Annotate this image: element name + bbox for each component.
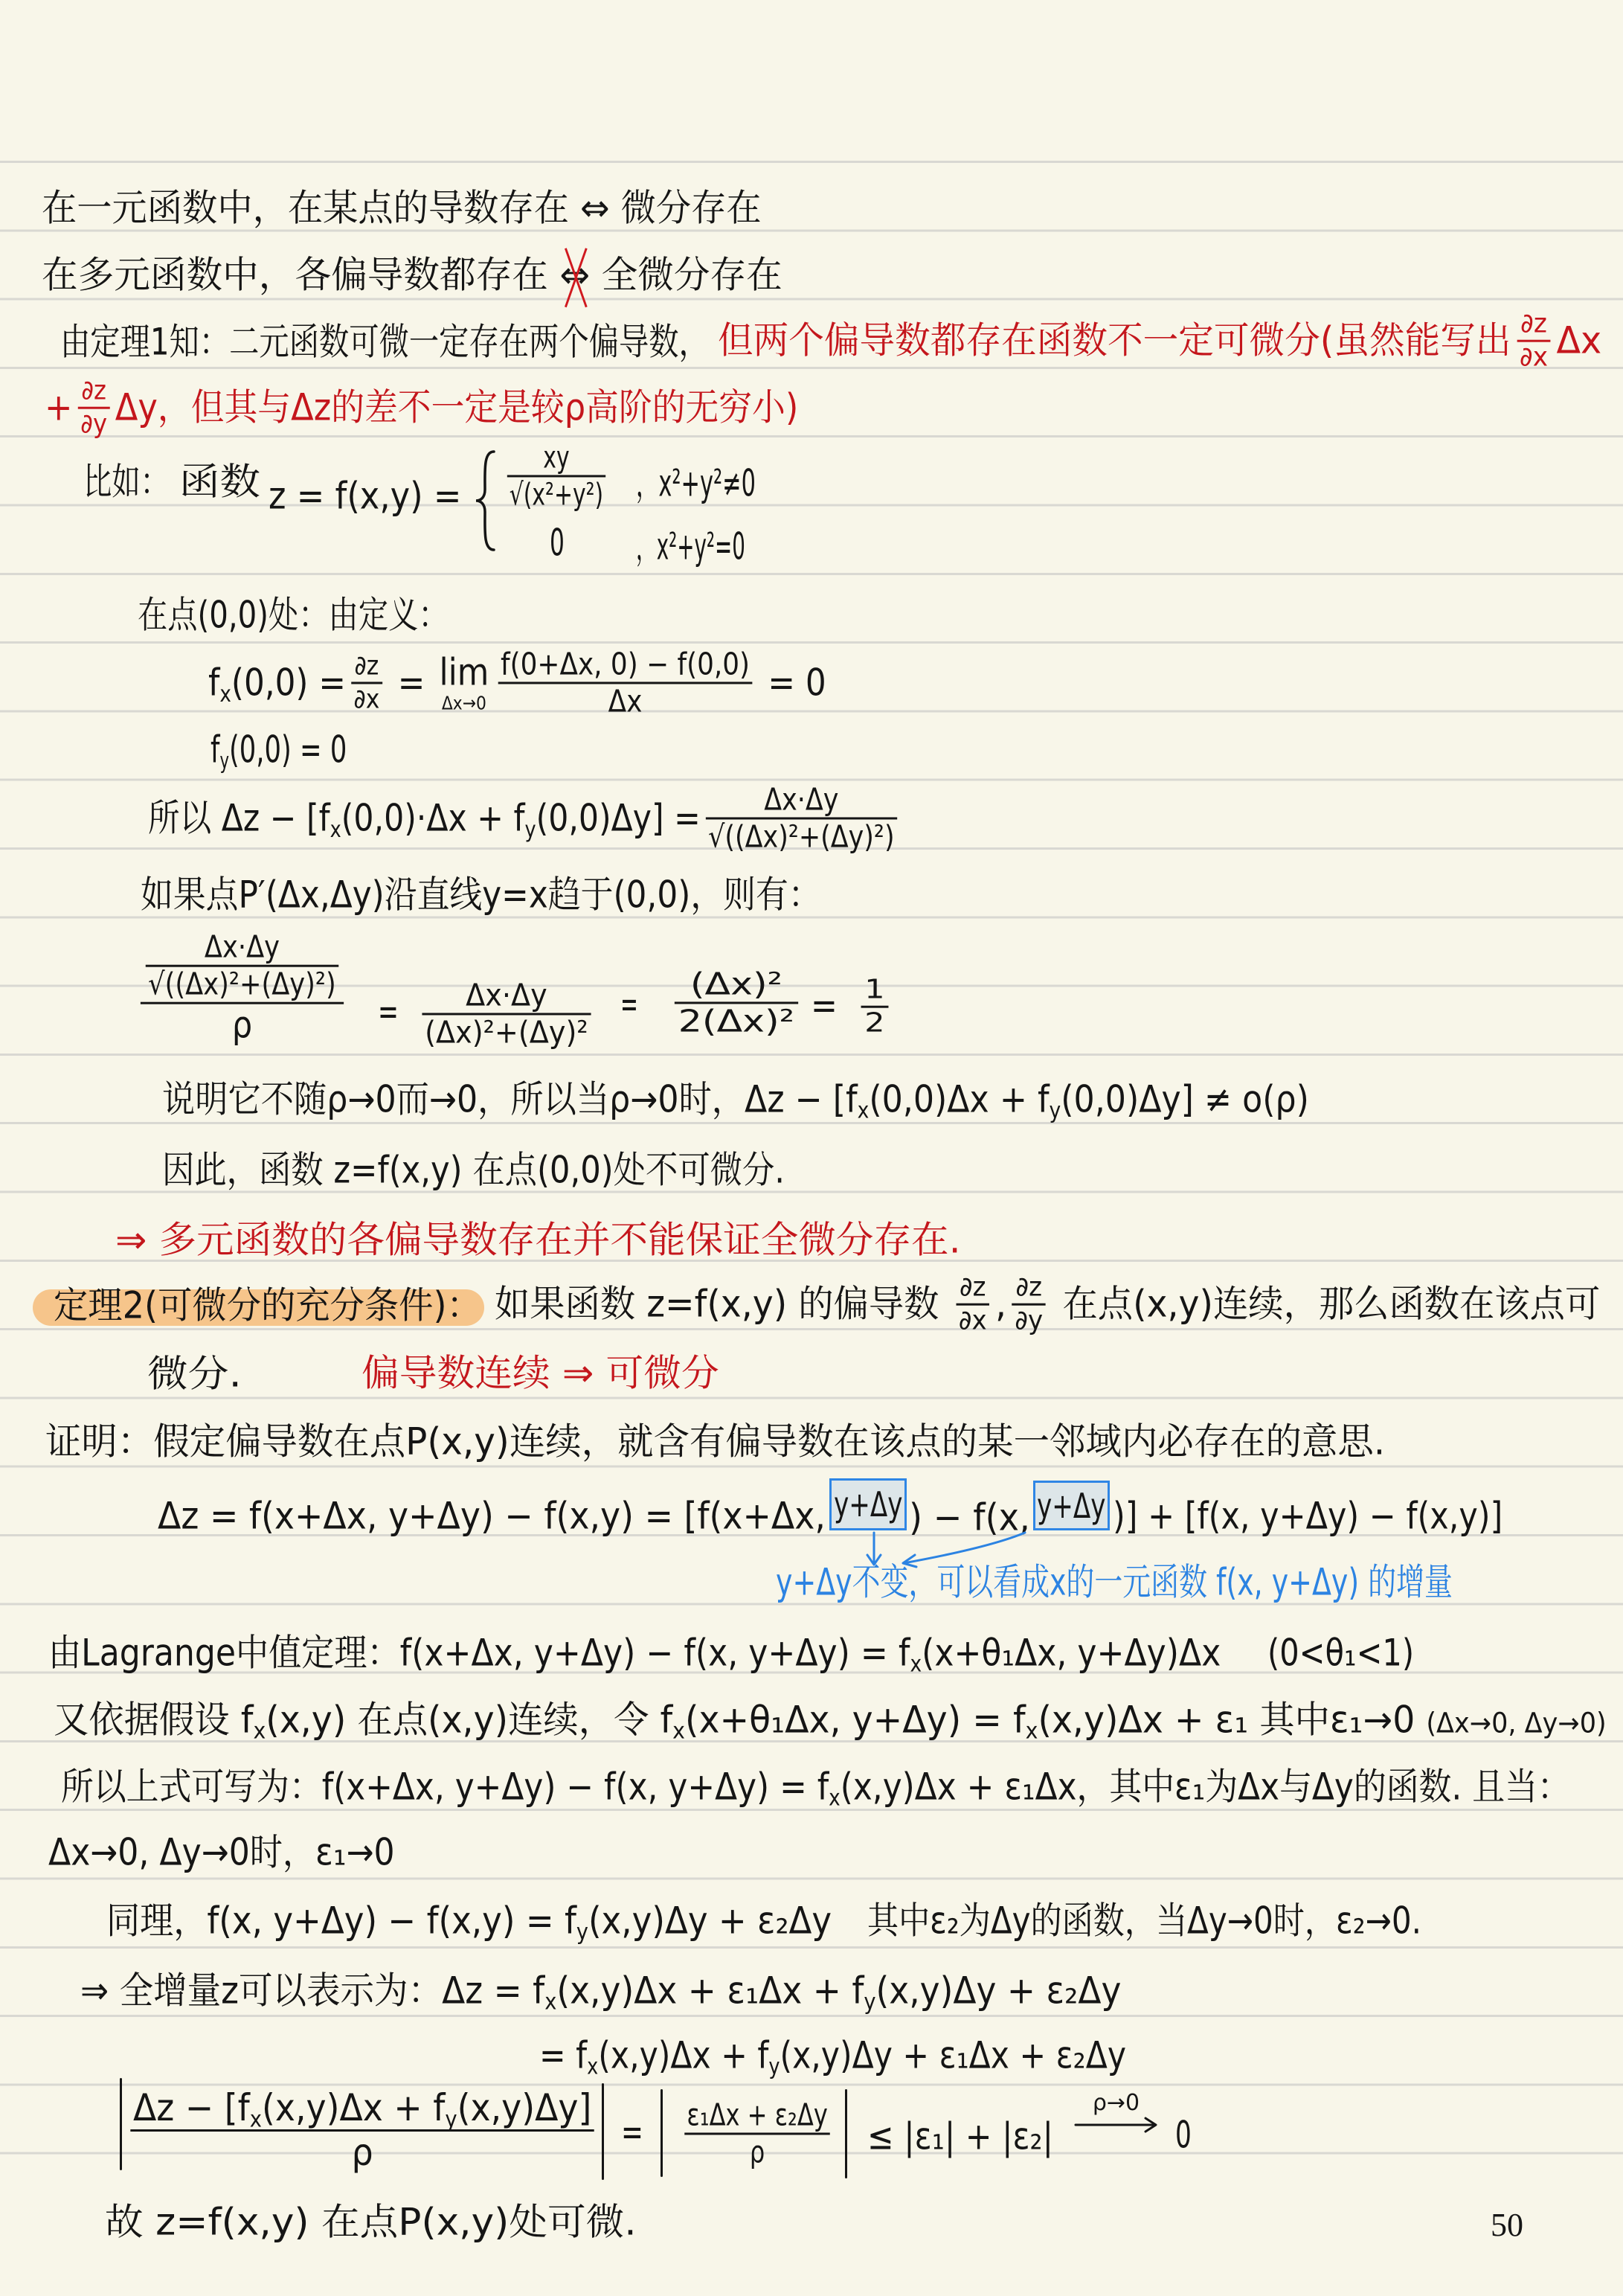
theorem2-title: 定理2(可微分的充分条件)：: [54, 1284, 481, 1327]
partial-z-y-fraction: ∂z∂y: [78, 377, 110, 439]
subscript: x: [829, 1786, 841, 1812]
formula-segment: f: [210, 728, 219, 771]
partial-z-x-fraction: ∂z∂x: [351, 652, 382, 714]
fraction-numerator: ∂z: [1013, 1274, 1045, 1302]
formula-segment: (x,y) 在点(x,y)连续，令 f: [266, 1698, 672, 1741]
subscript: y: [1050, 1098, 1061, 1124]
formula-segment: ⇒ 全增量z可以表示为：Δz = f: [80, 1969, 544, 2012]
subscript: x: [544, 1989, 556, 2016]
fraction-numerator: f(0+Δx, 0) − f(0,0): [498, 648, 753, 680]
equals-text: =: [620, 983, 638, 1026]
fraction-denominator: √((Δx)²+(Δy)²): [146, 969, 338, 1001]
function-lhs: z = f(x,y) =: [269, 475, 461, 518]
formula-text: = fx(x,y)Δx + fy(x,y)Δy + ε₁Δx + ε₂Δy: [539, 2034, 1126, 2077]
note-text: 因此，函数 z=f(x,y) 在点(0,0)处不可微分.: [162, 1149, 785, 1192]
limit-value: 0: [1175, 2114, 1192, 2157]
fraction-denominator: ∂y: [78, 411, 110, 439]
fraction-denominator: ρ: [349, 2133, 376, 2172]
subscript: x: [858, 1098, 870, 1124]
note-line-multi-variable: 在多元函数中，各偏导数都存在 ⇔ 全微分存在: [42, 254, 782, 297]
note-text: ⇒ 多元函数的各偏导数存在并不能保证全微分存在.: [115, 1219, 961, 1262]
formula-segment: = f: [539, 2033, 587, 2077]
formula-segment: (x,y)Δx + f: [262, 2086, 445, 2129]
formula-segment: 由Lagrange中值定理：f(x+Δx, y+Δy) − f(x, y+Δy)…: [48, 1631, 910, 1674]
increment-difference-line: 所以 Δz − [fx(0,0)·Δx + fy(0,0)Δy] =Δx·Δy√…: [148, 783, 902, 853]
theta-condition: (0<θ₁<1): [1267, 1632, 1414, 1675]
fraction-numerator: ∂z: [352, 652, 382, 681]
fraction-numerator: (Δx)²: [687, 968, 786, 1000]
explanation-line: 说明它不随ρ→0而→0，所以当ρ→0时，Δz − [fx(0,0)Δx + fy…: [162, 1078, 1309, 1121]
limit-condition-small: (Δx→0, Δy→0): [1426, 1707, 1606, 1739]
fx-definition-line: fx(0,0) =∂z∂x = limΔx→0f(0+Δx, 0) − f(0,…: [208, 648, 826, 717]
fraction: (Δx)²2(Δx)²: [675, 968, 798, 1037]
theorem2-statement: 如果函数 z=f(x,y) 的偏导数 ∂z∂x,∂z∂y 在点(x,y)连续，那…: [495, 1274, 1600, 1335]
red-summary: ⇒ 多元函数的各偏导数存在并不能保证全微分存在.: [115, 1219, 961, 1262]
fraction-numerator: 1: [861, 976, 889, 1004]
outer-fraction: Δx·Δy√((Δx)²+(Δy)²)ρ: [141, 931, 344, 1045]
equals-sign: =: [811, 984, 838, 1027]
formula-text: fx(0,0) =: [208, 661, 346, 705]
formula-text: 0: [1175, 2114, 1192, 2157]
formula-text: ⇒ 全增量z可以表示为：Δz = fx(x,y)Δx + ε₁Δx + fy(x…: [80, 1969, 1121, 2013]
note-text: 但两个偏导数都存在函数不一定可微分(虽然能写出: [718, 319, 1511, 362]
fraction-denominator: ∂x: [956, 1307, 989, 1335]
formula-segment: Δz − [f: [133, 2086, 250, 2129]
fraction-denominator: ρ: [748, 2137, 768, 2169]
abs-bar: [602, 2083, 604, 2180]
formula-text: ，x²+y²=0: [636, 525, 745, 568]
subscript: x: [672, 1719, 685, 1745]
fraction: ε₁Δx + ε₂Δyρ: [684, 2099, 830, 2168]
formula-segment: (x,y)Δx + f: [598, 2033, 768, 2077]
fraction-denominator: ∂x: [1517, 344, 1551, 372]
note-text: 在多元函数中，各偏导数都存在: [42, 254, 559, 297]
note-text: 偏导数连续 ⇒ 可微分: [361, 1352, 719, 1395]
formula-text: Δx→0, Δy→0时，ε₁→0: [48, 1831, 395, 1874]
right-arrow-icon: [1073, 2114, 1160, 2134]
total-increment-line-2: = fx(x,y)Δx + fy(x,y)Δy + ε₁Δx + ε₂Δy: [539, 2034, 1126, 2077]
formula-text: ≤ |ε₁| + |ε₂|: [867, 2115, 1053, 2158]
formula-segment: 所以 Δz − [f: [148, 796, 330, 839]
partial-z-x-fraction: ∂z∂x: [1517, 310, 1551, 372]
left-brace-icon: [473, 449, 498, 553]
not-equivalent-symbol: ⇔: [559, 254, 590, 297]
total-increment-line: ⇒ 全增量z可以表示为：Δz = fx(x,y)Δx + ε₁Δx + fy(x…: [80, 1969, 1121, 2013]
comma: ,: [995, 1283, 1006, 1326]
estimate-fraction-1: Δz − [fx(x,y)Δx + fy(x,y)Δy]ρ: [125, 2088, 600, 2172]
plus-sign: +: [45, 386, 73, 429]
rewrite-line: 所以上式可写为：f(x+Δx, y+Δy) − f(x, y+Δy) = fx(…: [61, 1766, 1570, 1809]
proof-conclusion: 故 z=f(x,y) 在点P(x,y)处可微.: [105, 2201, 637, 2244]
difference-quotient-fraction: f(0+Δx, 0) − f(0,0)Δx: [498, 648, 753, 717]
blue-annotation: y+Δy不变，可以看成x的一元函数 f(x, y+Δy) 的增量: [776, 1561, 1453, 1604]
fraction-denominator: ∂x: [351, 686, 382, 714]
subscript: y: [864, 1989, 875, 2016]
abs-bar: [120, 2078, 122, 2170]
abs-bar: [661, 2089, 663, 2177]
formula-segment: (0,0)Δy] ≠ o(ρ): [1061, 1077, 1309, 1120]
note-text: 函数: [179, 461, 260, 504]
fraction: Δx·Δy(Δx)²+(Δy)²: [422, 979, 591, 1048]
red-cross-out-mark: [564, 246, 585, 309]
formula-segment: (0,0) = 0: [229, 728, 347, 771]
fraction-numerator: Δx·Δy: [463, 979, 550, 1011]
note-text: 在点(0,0)处：由定义：: [138, 594, 449, 637]
result-fraction: Δx·Δy√((Δx)²+(Δy)²): [706, 783, 897, 853]
formula-segment: (x,y)Δy + ε₂Δy: [876, 1969, 1122, 2012]
proof-intro: 证明：假定偏导数在点P(x,y)连续，就含有偏导数在该点的某一邻域内必存在的意思…: [45, 1420, 1385, 1463]
note-text: Δx: [1556, 319, 1601, 362]
formula-segment: (x,y)Δy + ε₂Δy: [588, 1899, 832, 1942]
note-text: 全微分存在: [590, 254, 782, 297]
equals-sign: =: [388, 661, 435, 705]
subscript: x: [1026, 1719, 1038, 1745]
theorem1-red-remark-continued: +∂z∂yΔy，但其与Δz的差不一定是较ρ高阶的无穷小): [45, 377, 798, 439]
continuity-line: 又依据假设 fx(x,y) 在点(x,y)连续，令 fx(x+θ₁Δx, y+Δ…: [54, 1699, 1607, 1742]
ratio-fraction-3: (Δx)²2(Δx)²: [667, 968, 806, 1037]
note-text: 证明：假定偏导数在点P(x,y)连续，就含有偏导数在该点的某一邻域内必存在的意思…: [45, 1420, 1385, 1463]
lim-text: lim: [439, 654, 489, 691]
annotation-text: y+Δy不变，可以看成x的一元函数 f(x, y+Δy) 的增量: [776, 1561, 1453, 1604]
formula-segment: 说明它不随ρ→0而→0，所以当ρ→0时，Δz − [f: [162, 1077, 858, 1120]
theorem1-red-remark: 但两个偏导数都存在函数不一定可微分(虽然能写出∂z∂xΔx: [718, 310, 1601, 372]
fraction-denominator: 2(Δx)²: [675, 1006, 798, 1038]
formula-segment: 所以上式可写为：f(x+Δx, y+Δy) − f(x, y+Δy) = f: [61, 1765, 829, 1808]
at-origin-line: 在点(0,0)处：由定义：: [138, 594, 449, 637]
function-word: 函数: [179, 461, 260, 504]
theorem-title-text: 定理2(可微分的充分条件)：: [54, 1284, 481, 1327]
fraction-numerator: Δx·Δy: [202, 931, 282, 963]
fraction-numerator: ε₁Δx + ε₂Δy: [684, 2099, 830, 2131]
formula-segment: (x,y)Δx + ε₁Δx，其中ε₁为Δx与Δy的函数. 且当：: [841, 1765, 1570, 1808]
formula-segment: (x,y)Δy + ε₁Δx + ε₂Δy: [780, 2033, 1126, 2077]
fraction-numerator: xy: [541, 441, 571, 473]
estimate-fraction-2: ε₁Δx + ε₂Δyρ: [680, 2099, 835, 2168]
subscript: y: [576, 1920, 588, 1946]
term-text: y+Δy: [834, 1487, 902, 1521]
formula-segment: f: [208, 661, 219, 704]
subscript: x: [219, 682, 231, 708]
ratio-fraction-2: Δx·Δy(Δx)²+(Δy)²: [417, 979, 597, 1048]
result-text: = 0: [758, 661, 826, 705]
increment-formula-part-c: )] + [f(x, y+Δy) − f(x,y)]: [1113, 1495, 1503, 1538]
case2-value: 0: [550, 522, 565, 565]
formula-text: 又依据假设 fx(x,y) 在点(x,y)连续，令 fx(x+θ₁Δx, y+Δ…: [54, 1699, 1607, 1742]
formula-text: ，x²+y²≠0: [636, 462, 756, 505]
similarly-line: 同理，f(x, y+Δy) − f(x,y) = fy(x,y)Δy + ε₂Δ…: [106, 1899, 832, 1943]
subscript: x: [253, 1719, 266, 1745]
subscript: y: [525, 817, 536, 843]
fraction: Δz − [fx(x,y)Δx + fy(x,y)Δy]ρ: [130, 2088, 594, 2172]
one-half-fraction: 12: [854, 976, 896, 1038]
example-label: 比如：: [83, 461, 169, 504]
formula-text: fy(0,0) = 0: [210, 728, 347, 772]
subscript: y: [768, 2054, 780, 2080]
fraction-denominator: Δx: [605, 686, 645, 718]
case1-expression: xy√(x²+y²): [503, 441, 610, 510]
curved-arrow-icon: [904, 1533, 1025, 1563]
fraction-numerator: ∂z: [957, 1274, 989, 1302]
note-line-single-variable: 在一元函数中，在某点的导数存在 ⇔ 微分存在: [42, 187, 762, 230]
partial-z-x-fraction: ∂z∂x: [956, 1274, 989, 1335]
note-text: Δy，但其与Δz的差不一定是较ρ高阶的无穷小): [115, 386, 799, 429]
formula-text: 0: [550, 522, 565, 565]
formula-segment: 又依据假设 f: [54, 1698, 253, 1741]
equals-text: =: [811, 984, 838, 1027]
note-text: 由定理1知：二元函数可微一定存在两个偏导数，: [60, 321, 709, 364]
term-text: y+Δy: [1037, 1489, 1105, 1523]
fraction-denominator: (Δx)²+(Δy)²: [422, 1017, 591, 1049]
formula-segment: (x+θ₁Δx, y+Δy) = f: [685, 1698, 1026, 1741]
partial-z-y-fraction: ∂z∂y: [1012, 1274, 1046, 1335]
subscript: x: [587, 2054, 598, 2080]
note-text: 故 z=f(x,y) 在点P(x,y)处可微.: [105, 2201, 637, 2244]
formula-text: Δz = f(x+Δx, y+Δy) − f(x,y) = [f(x+Δx,: [158, 1495, 826, 1538]
fraction-numerator: Δz − [fx(x,y)Δx + fy(x,y)Δy]: [130, 2088, 594, 2128]
subscript: y: [219, 748, 229, 775]
formula-text: (0<θ₁<1): [1267, 1632, 1414, 1675]
formula-segment: 同理，f(x, y+Δy) − f(x,y) = f: [106, 1899, 576, 1942]
note-text: 如果点P′(Δx,Δy)沿直线y=x趋于(0,0)，则有：: [141, 873, 821, 917]
along-line-text: 如果点P′(Δx,Δy)沿直线y=x趋于(0,0)，则有：: [141, 873, 821, 917]
formula-segment: (x,y)Δx + ε₁ 其中ε₁→0: [1038, 1698, 1426, 1741]
theorem2-red-note: 偏导数连续 ⇒ 可微分: [361, 1352, 719, 1395]
formula-text: 由Lagrange中值定理：f(x+Δx, y+Δy) − f(x, y+Δy)…: [48, 1632, 1221, 1675]
fraction-denominator: ρ: [229, 1006, 254, 1045]
inner-fraction: Δx·Δy√((Δx)²+(Δy)²): [146, 931, 338, 1001]
fraction-denominator: √(x²+y²): [507, 479, 605, 511]
formula-text: 同理，f(x, y+Δy) − f(x,y) = fy(x,y)Δy + ε₂Δ…: [106, 1899, 832, 1943]
arrow-label: ρ→0: [1093, 2092, 1140, 2114]
formula-segment: (x,y)Δy]: [457, 2086, 592, 2129]
formula-segment: (0,0)Δy] =: [536, 796, 701, 839]
equals-sign: =: [620, 983, 638, 1026]
lim-subscript: Δx→0: [442, 694, 486, 713]
note-text: 在一元函数中，在某点的导数存在 ⇔ 微分存在: [42, 187, 762, 230]
equals-text: =: [621, 2111, 643, 2154]
note-text: 微分.: [147, 1353, 242, 1396]
formula-segment: (0,0) =: [231, 661, 346, 704]
theorem2-statement-end: 微分.: [147, 1353, 242, 1396]
fraction-numerator: ∂z: [1517, 310, 1549, 339]
formula-text: 所以上式可写为：f(x+Δx, y+Δy) − f(x, y+Δy) = fx(…: [61, 1766, 1570, 1809]
theorem1-note: 由定理1知：二元函数可微一定存在两个偏导数，: [60, 321, 709, 364]
formula-segment: (0,0)Δx + f: [869, 1077, 1049, 1120]
equals-text: =: [378, 990, 399, 1033]
equals-sign: =: [378, 990, 399, 1033]
not-differentiable-conclusion: 因此，函数 z=f(x,y) 在点(0,0)处不可微分.: [162, 1149, 785, 1192]
case2-condition: ，x²+y²=0: [636, 525, 745, 568]
fraction-denominator: 2: [861, 1010, 889, 1038]
limit-arrow: ρ→0: [1073, 2092, 1160, 2134]
note-text: 如果函数 z=f(x,y) 的偏导数: [495, 1283, 950, 1326]
fraction-denominator: √((Δx)²+(Δy)²): [706, 821, 897, 853]
formula-segment: (x+θ₁Δx, y+Δy)Δx: [922, 1631, 1221, 1674]
subscript: x: [330, 817, 341, 843]
limit-condition-line: Δx→0, Δy→0时，ε₁→0: [48, 1831, 395, 1874]
note-text: 在点(x,y)连续，那么函数在该点可: [1051, 1283, 1600, 1326]
formula-text: z = f(x,y) =: [269, 475, 461, 518]
formula-text: 所以 Δz − [fx(0,0)·Δx + fy(0,0)Δy] =: [148, 797, 701, 840]
limit-operator: limΔx→0: [439, 654, 489, 713]
highlighted-term-box-1: y+Δy: [829, 1478, 907, 1530]
formula-segment: (x,y)Δx + ε₁Δx + f: [556, 1969, 864, 2012]
lagrange-line: 由Lagrange中值定理：f(x+Δx, y+Δy) − f(x, y+Δy)…: [48, 1632, 1221, 1675]
note-text: 比如：: [83, 461, 169, 504]
subscript: x: [910, 1652, 922, 1678]
case1-condition: ，x²+y²≠0: [636, 462, 756, 505]
formula-segment: (0,0)·Δx + f: [341, 796, 525, 839]
abs-bar: [845, 2089, 847, 2178]
fraction: 12: [861, 976, 889, 1038]
fraction-denominator: ∂y: [1012, 1307, 1046, 1335]
highlighted-term-box-2: y+Δy: [1033, 1481, 1110, 1530]
fraction-numerator: ∂z: [79, 377, 109, 405]
fraction-numerator: Δx·Δy: [762, 783, 841, 815]
nested-ratio-fraction: Δx·Δy√((Δx)²+(Δy)²)ρ: [135, 931, 349, 1045]
equals-sign: =: [621, 2111, 643, 2154]
formula-text: 说明它不随ρ→0而→0，所以当ρ→0时，Δz − [fx(0,0)Δx + fy…: [162, 1078, 1309, 1121]
fy-line: fy(0,0) = 0: [210, 728, 347, 772]
formula-text: )] + [f(x, y+Δy) − f(x,y)]: [1113, 1495, 1503, 1538]
similarly-note: 其中ε₂为Δy的函数，当Δy→0时，ε₂→0.: [867, 1899, 1421, 1943]
note-text: 其中ε₂为Δy的函数，当Δy→0时，ε₂→0.: [867, 1899, 1421, 1943]
increment-formula-part-a: Δz = f(x+Δx, y+Δy) − f(x,y) = [f(x+Δx,: [158, 1495, 826, 1538]
case1-fraction: xy√(x²+y²): [507, 441, 605, 510]
bound-text: ≤ |ε₁| + |ε₂|: [867, 2115, 1053, 2158]
page-number: 50: [1491, 2209, 1523, 2242]
